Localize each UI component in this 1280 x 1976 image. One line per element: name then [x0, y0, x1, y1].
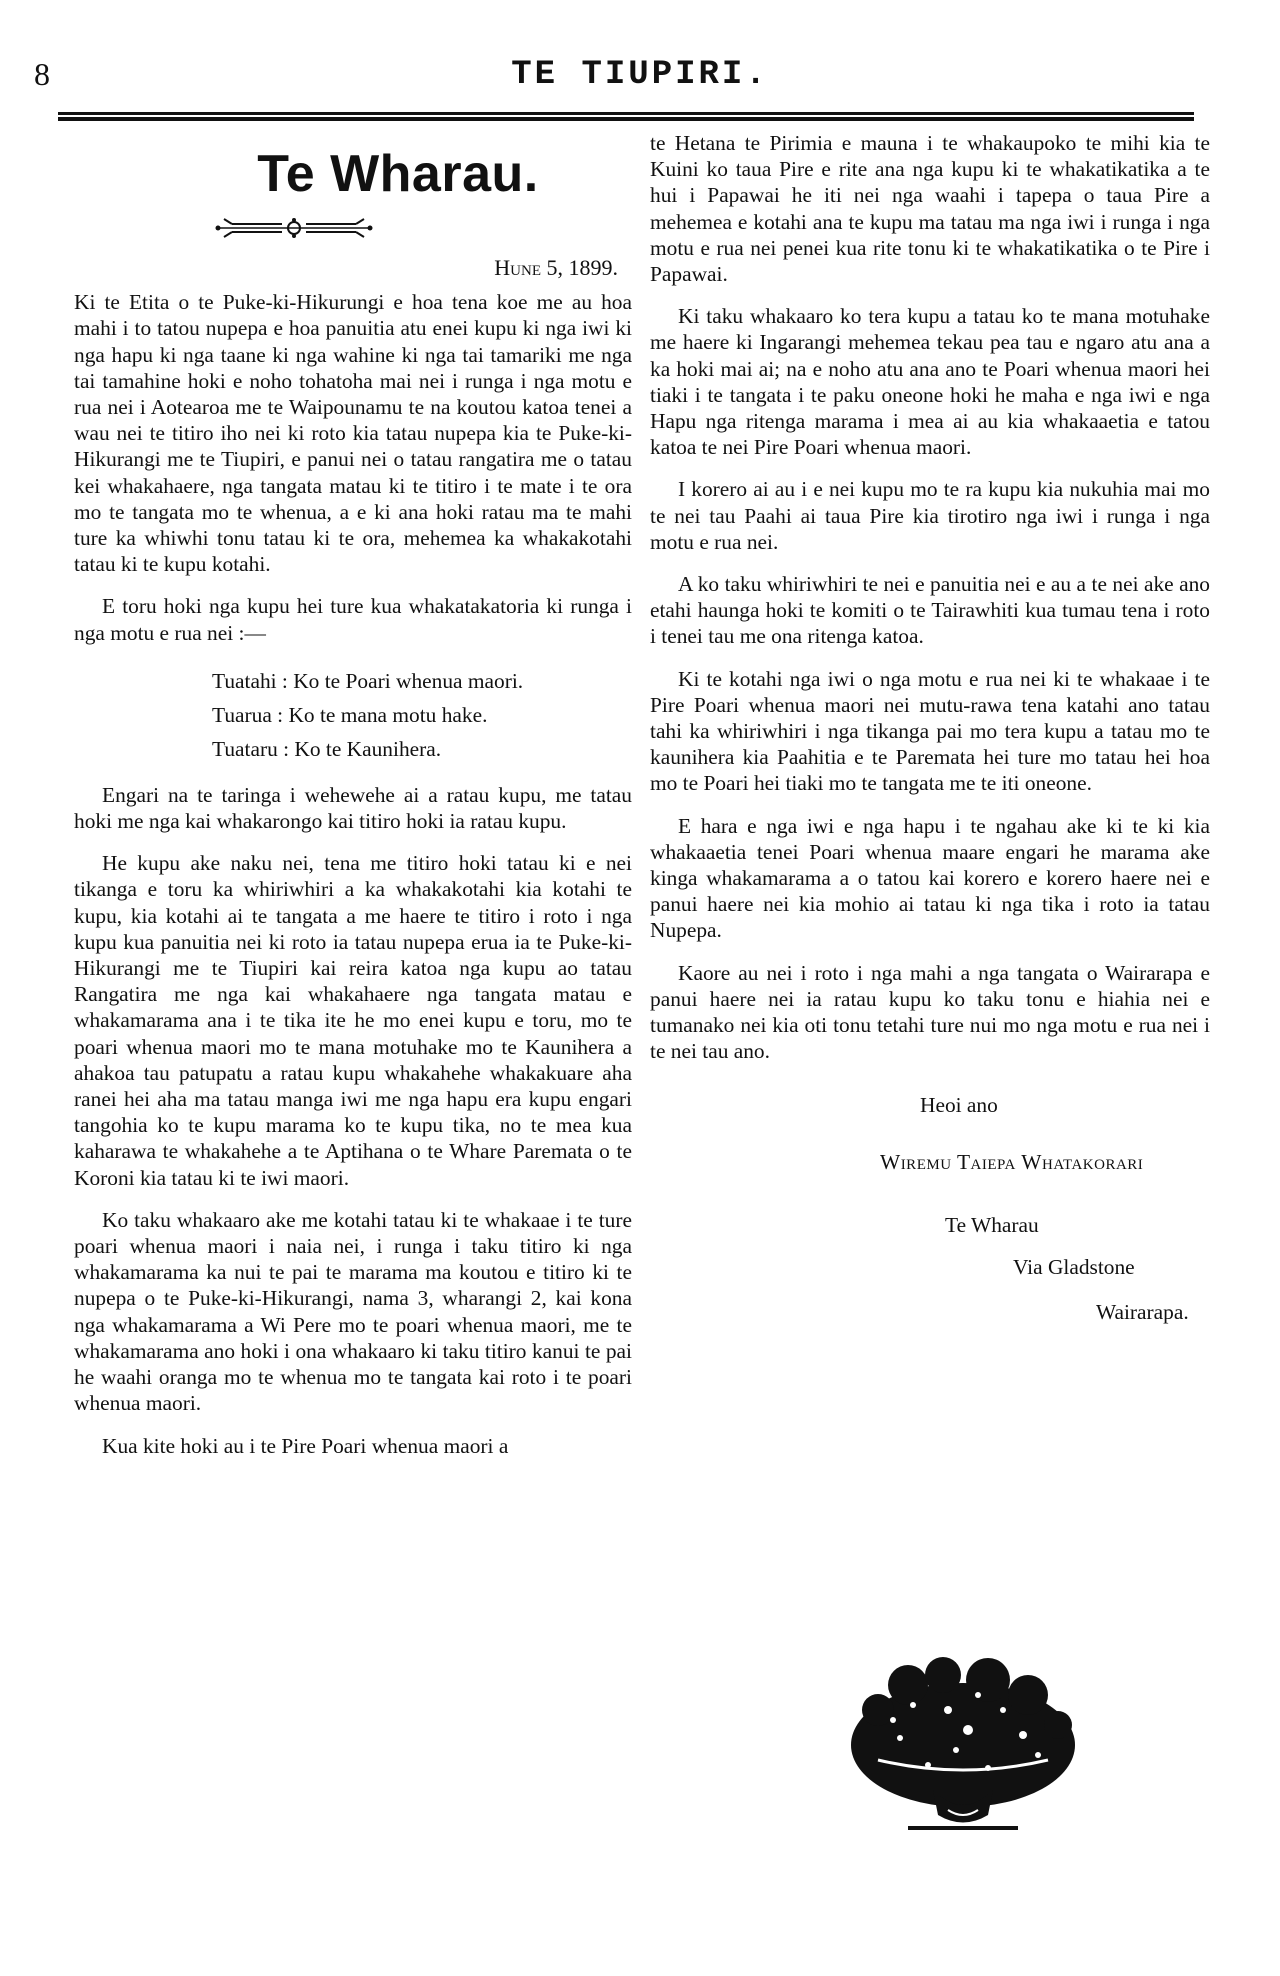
masthead-rule-thin — [58, 112, 1194, 115]
paragraph: Ki taku whakaaro ko tera kupu a tatau ko… — [650, 303, 1210, 460]
paragraph: A ko taku whiriwhiri te nei e panuitia n… — [650, 571, 1210, 650]
paragraph: Ki te Etita o te Puke-ki-Hikurungi e hoa… — [74, 289, 632, 577]
page-header: 8 TE TIUPIRI. — [0, 0, 1280, 120]
masthead-rule-thick — [58, 117, 1194, 121]
article-title: Te Wharau. — [164, 146, 632, 203]
paragraph: E toru hoki nga kupu hei ture kua whakat… — [74, 593, 632, 645]
paragraph: te Hetana te Pirimia e mauna i te whakau… — [650, 130, 1210, 287]
author-name: Wiremu Taiepa Whatakorari — [880, 1150, 1143, 1175]
dateline: Hune 5, 1899. — [74, 257, 618, 279]
author-via: Via Gladstone — [1013, 1255, 1135, 1280]
signoff-closing: Heoi ano — [920, 1093, 998, 1118]
paragraph: I korero ai au i e nei kupu mo te ra kup… — [650, 476, 1210, 555]
paragraph: He kupu ake naku nei, tena me titiro hok… — [74, 850, 632, 1191]
resolution-list: Tuatahi : Ko te Poari whenua maori. Tuar… — [74, 664, 632, 766]
fruit-bowl-icon — [838, 1650, 1088, 1840]
paragraph: E hara e nga iwi e nga hapu i te ngahau … — [650, 813, 1210, 944]
author-region: Wairarapa. — [1096, 1300, 1189, 1325]
paragraph: Ko taku whakaaro ake me kotahi tatau ki … — [74, 1207, 632, 1417]
list-item: Tuarua : Ko te mana motu hake. — [74, 698, 632, 732]
paragraph: Kua kite hoki au i te Pire Poari whenua … — [74, 1433, 632, 1459]
paragraph: Engari na te taringa i wehewehe ai a rat… — [74, 782, 632, 834]
list-item: Tuataru : Ko te Kaunihera. — [74, 732, 632, 766]
masthead: TE TIUPIRI. — [0, 58, 1280, 92]
ornament-rule-icon — [214, 217, 374, 239]
list-item: Tuatahi : Ko te Poari whenua maori. — [74, 664, 632, 698]
left-column: Te Wharau. Hune 5, 1899. Ki te Etita o t… — [74, 130, 632, 1459]
author-place: Te Wharau — [945, 1213, 1039, 1238]
right-column: te Hetana te Pirimia e mauna i te whakau… — [650, 130, 1210, 1405]
paragraph: Kaore au nei i roto i nga mahi a nga tan… — [650, 960, 1210, 1065]
signoff-block: Heoi ano Wiremu Taiepa Whatakorari Te Wh… — [650, 1065, 1210, 1405]
paragraph: Ki te kotahi nga iwi o nga motu e rua ne… — [650, 666, 1210, 797]
